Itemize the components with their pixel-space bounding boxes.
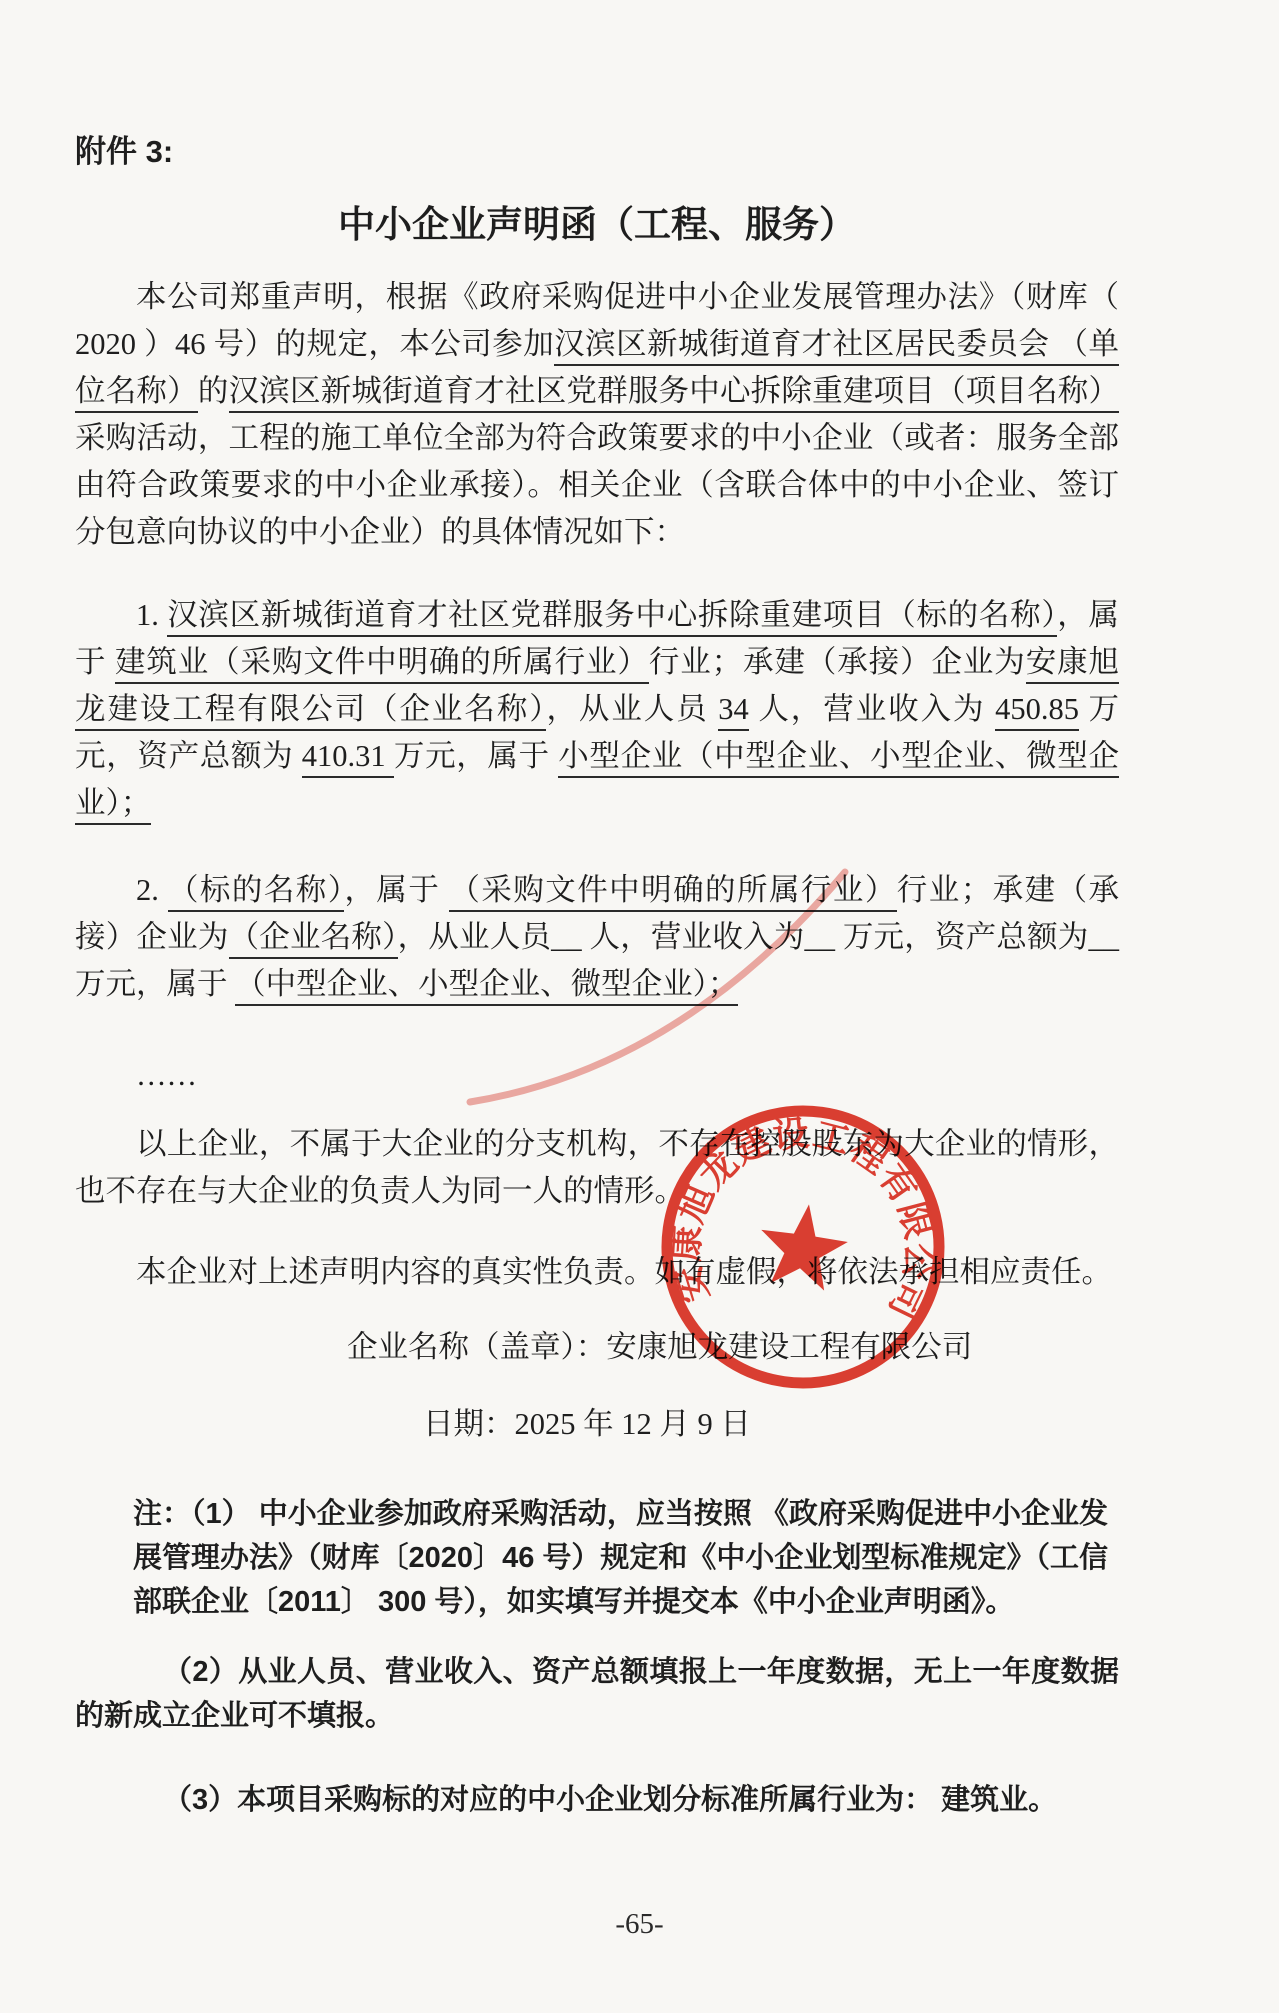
page-title: 中小企业声明函（工程、服务） (75, 200, 1119, 250)
notes-section: 注：（1） 中小企业参加政府采购活动，应当按照 《政府采购促进中小企业发展管理办… (75, 1492, 1119, 1822)
text-segment: ，从业人员 (546, 692, 718, 726)
underlined-text-segment: （企业名称） (229, 920, 398, 959)
note-2: （2）从业人员、营业收入、资产总额填报上一年度数据，无上一年度数据的新成立企业可… (75, 1650, 1119, 1738)
text-segment: 1. (136, 598, 167, 632)
text-segment: 2. (136, 873, 168, 907)
text-segment: 人，营业收入为 (749, 692, 995, 726)
text-segment: 万元，资产总额为 (835, 920, 1089, 954)
underlined-text-segment: 34 (718, 692, 749, 731)
text-segment: 采购活动，工程的施工单位全部为符合政策要求的中小企业（或者：服务全部由符合政策要… (75, 421, 1119, 549)
note-1: 注：（1） 中小企业参加政府采购活动，应当按照 《政府采购促进中小企业发展管理办… (133, 1492, 1108, 1624)
item-1-paragraph: 1. 汉滨区新城街道育才社区党群服务中心拆除重建项目（标的名称），属于 建筑业（… (75, 592, 1119, 827)
underlined-text-segment: 410.31 (302, 739, 394, 778)
underlined-text-segment: 450.85 (995, 692, 1079, 731)
text-segment: __ (1089, 920, 1120, 954)
date-line: 日期：2025 年 12 月 9 日 (75, 1401, 1119, 1448)
text-segment: 行业；承建（承接）企业为 (649, 645, 1026, 679)
underlined-text-segment: （标的名称） (168, 873, 344, 912)
faint-arc-path (470, 872, 845, 1102)
closing-paragraph-2: 本企业对上述声明内容的真实性负责。如有虚假，将依法承担相应责任。 (75, 1249, 1119, 1296)
faint-seal-arc (440, 840, 870, 1120)
attachment-label: 附件 3: (75, 132, 1119, 172)
page-number: -65- (0, 1908, 1279, 1941)
company-seal-stamp: 安康旭龙建设工程有限公司 (648, 1092, 958, 1402)
underlined-text-segment: 汉滨区新城街道育才社区党群服务中心拆除重建项目（项目名称） (229, 374, 1119, 413)
text-segment: 万元，属于 (394, 739, 558, 773)
star-icon (754, 1198, 852, 1293)
text-segment: 的 (198, 374, 229, 408)
underlined-text-segment: 建筑业（采购文件中明确的所属行业） (115, 645, 649, 684)
intro-paragraph: 本公司郑重声明，根据《政府采购促进中小企业发展管理办法》（财库（ 2020 ）4… (75, 274, 1119, 556)
text-segment: 万元，属于 (75, 967, 235, 1001)
signature-line: 企业名称（盖章）：安康旭龙建设工程有限公司 (75, 1324, 1119, 1371)
document-page: 附件 3: 中小企业声明函（工程、服务） 本公司郑重声明，根据《政府采购促进中小… (0, 0, 1279, 2013)
underlined-text-segment: 汉滨区新城街道育才社区党群服务中心拆除重建项目（标的名称） (167, 598, 1057, 637)
text-segment: ，属于 (344, 873, 449, 907)
note-3: （3）本项目采购标的对应的中小企业划分标准所属行业为： 建筑业。 (75, 1778, 1119, 1822)
closing-paragraph-1: 以上企业，不属于大企业的分支机构，不存在控股股东为大企业的情形，也不存在与大企业… (75, 1121, 1119, 1215)
